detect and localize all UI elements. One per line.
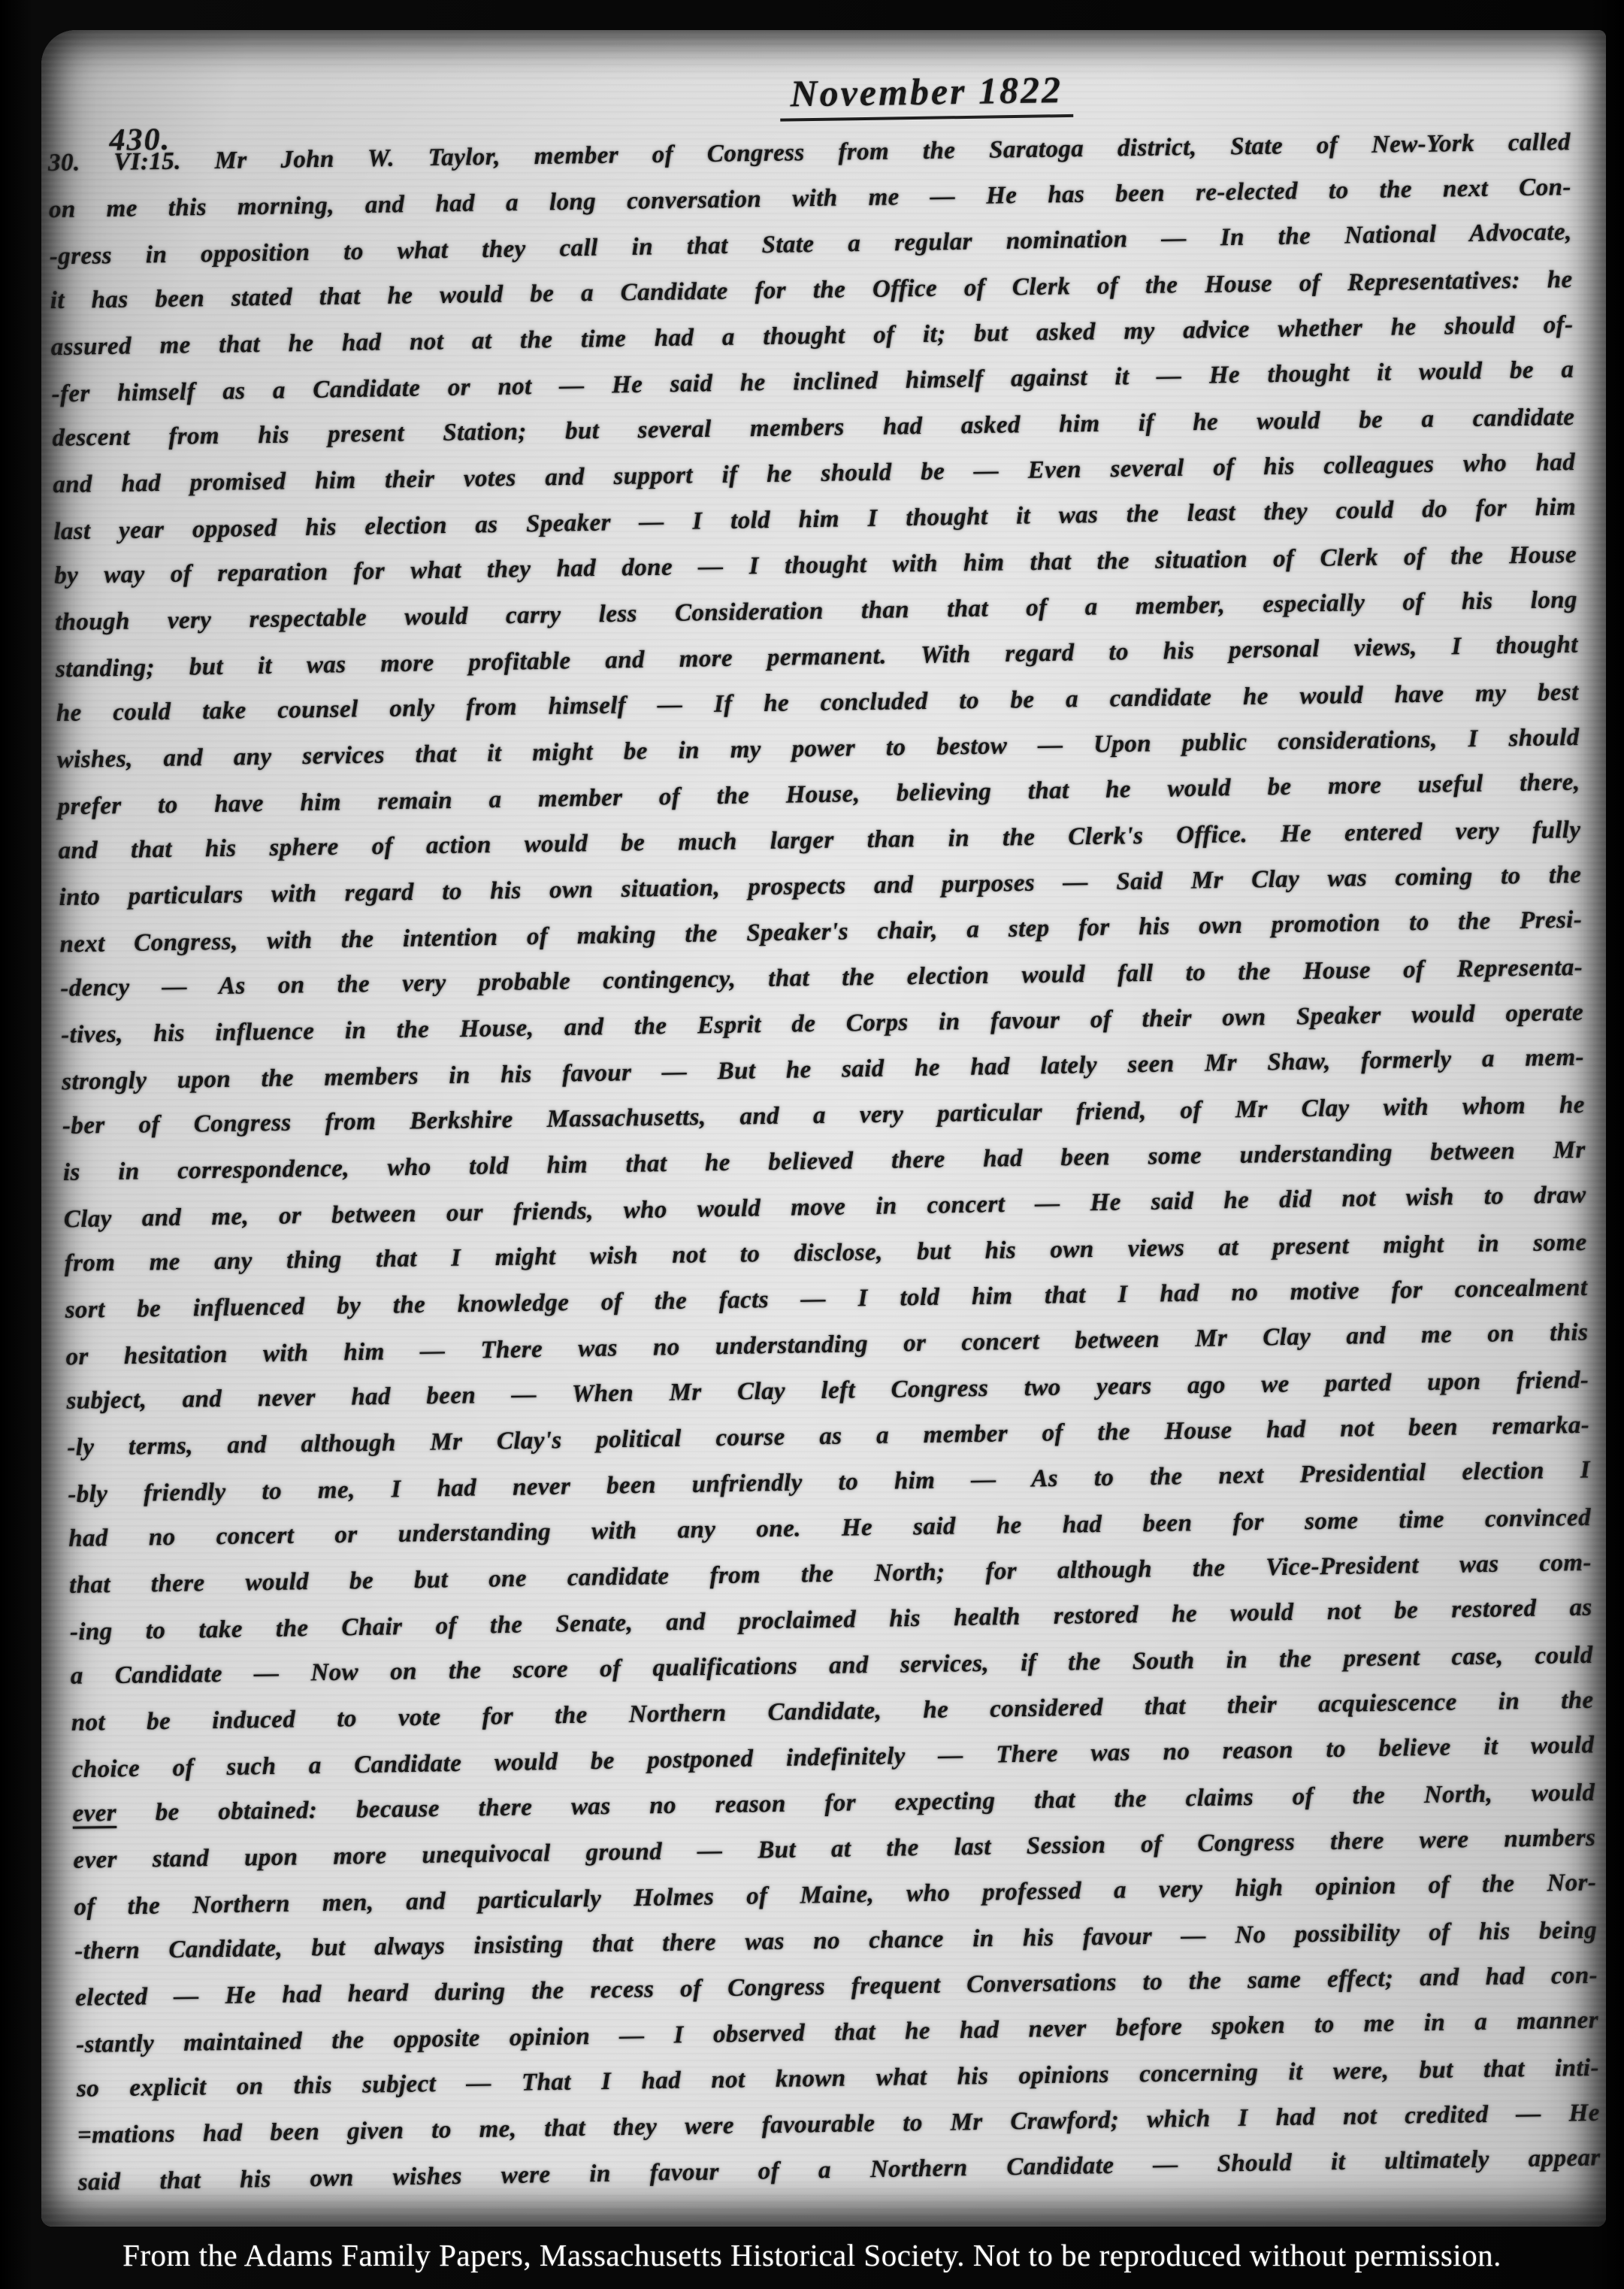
- entry-header-date: November 1822: [779, 68, 1073, 122]
- manuscript-content: 430. November 1822 30. VI:15. Mr John W.…: [27, 17, 1624, 2236]
- footer-caption: From the Adams Family Papers, Massachuse…: [0, 2237, 1624, 2273]
- scanned-document: 430. November 1822 30. VI:15. Mr John W.…: [0, 0, 1624, 2289]
- manuscript-text: 30. VI:15. Mr John W. Taylor, member of …: [48, 119, 1601, 2205]
- manuscript-paper: 430. November 1822 30. VI:15. Mr John W.…: [41, 30, 1606, 2227]
